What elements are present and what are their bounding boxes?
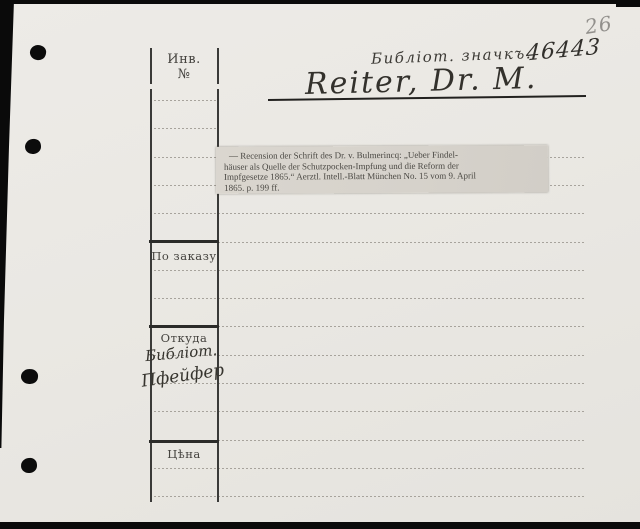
library-mark-number-handwriting: 46443 — [525, 35, 601, 67]
punch-hole — [24, 138, 42, 155]
clipping-line: 1865. p. 199 ff. — [224, 181, 543, 193]
section-divider — [149, 440, 219, 443]
ruled-line — [150, 100, 219, 101]
inventory-number-label: Инв. № — [150, 53, 218, 83]
ruled-line — [150, 468, 586, 469]
origin-value-handwriting-line2: Пфейфер — [140, 360, 225, 391]
scan-border-bottom — [0, 522, 640, 529]
inventory-label-line1: Инв. — [150, 53, 218, 68]
ruled-line — [150, 411, 586, 412]
ruled-line — [150, 213, 586, 214]
ruled-line — [150, 128, 219, 129]
scan-border-top-right — [616, 0, 640, 7]
punch-hole — [20, 368, 38, 385]
punch-hole — [20, 457, 37, 473]
scanned-catalog-card-page: Инв. № По заказу Откуда Цѣна Библіот. Пф… — [0, 0, 640, 529]
price-label: Цѣна — [150, 447, 218, 461]
catalog-card: Инв. № По заказу Откуда Цѣна Библіот. Пф… — [0, 0, 640, 529]
section-divider — [149, 240, 219, 243]
scan-border-top — [0, 0, 640, 4]
punch-hole — [28, 43, 47, 61]
author-heading-handwriting: Reiter, Dr. M. — [305, 61, 538, 102]
pasted-newspaper-clipping: — Recension der Schrift des Dr. v. Bulme… — [216, 145, 548, 194]
ruled-line — [150, 496, 586, 497]
inventory-label-line2: № — [150, 68, 218, 83]
ruled-line — [150, 298, 586, 299]
order-label: По заказу — [150, 249, 218, 263]
section-divider — [149, 325, 219, 328]
ruled-line — [150, 383, 586, 384]
ruled-line — [150, 270, 586, 271]
